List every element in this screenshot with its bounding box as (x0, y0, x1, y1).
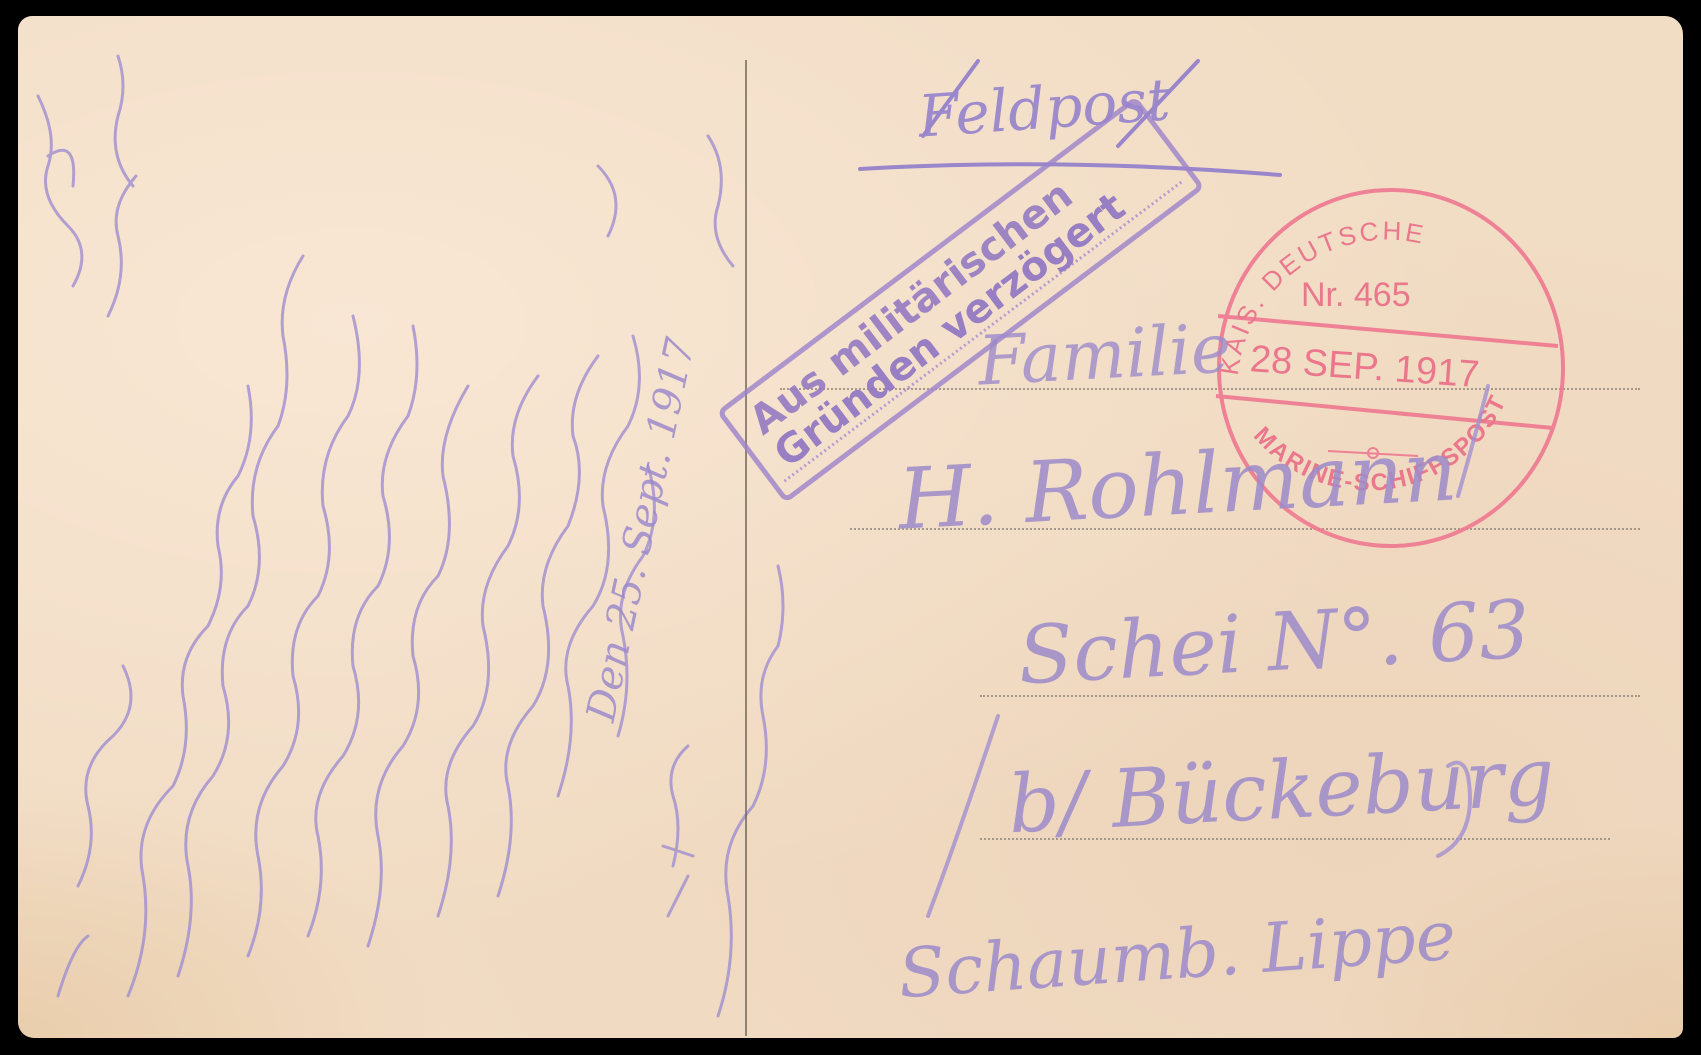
postcard: Feldpost Aus militärischen Gründen verzö… (18, 16, 1683, 1038)
ink-flourishes (18, 16, 1683, 1038)
